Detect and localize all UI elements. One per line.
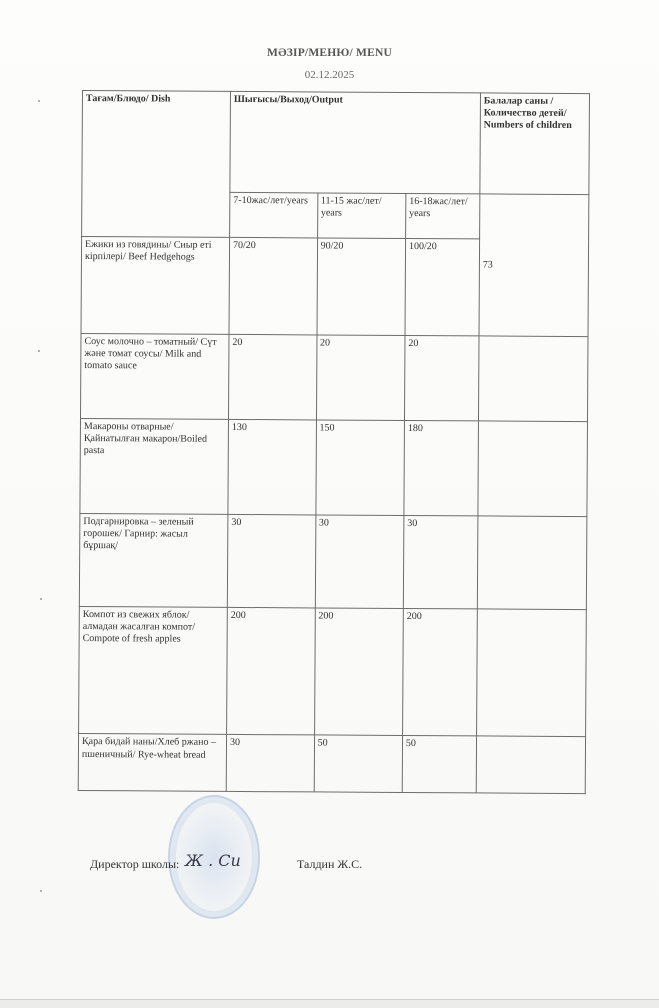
scan-speck [38, 350, 40, 352]
output-16-18: 30 [403, 515, 478, 608]
output-11-15: 30 [315, 515, 404, 609]
table-row: Макароны отварные/ Қайнатылған макарон/B… [80, 418, 588, 516]
output-11-15: 20 [316, 335, 405, 421]
output-16-18: 100/20 [405, 238, 480, 335]
output-7-10: 200 [227, 607, 315, 735]
output-11-15: 200 [314, 608, 403, 736]
output-7-10: 20 [228, 334, 316, 420]
table-row: Компот из свежих яблок/алмадан жасалған … [79, 606, 587, 736]
table-row: Қара бидай наны/Хлеб ржано – пшеничный/ … [78, 733, 585, 793]
document-date: 02.12.2025 [0, 69, 659, 81]
dish-name: Ежики из говядины/ Сиыр еті кірпілері/ B… [81, 237, 230, 335]
table-header-row: Тағам/Блюдо/ Dish Шығысы/Выход/Output Ба… [82, 91, 590, 195]
table-row: Соус молочно – томатный/ Сүт және томат … [80, 333, 588, 421]
dish-name: Компот из свежих яблок/алмадан жасалған … [79, 606, 228, 734]
children-empty [478, 336, 588, 422]
output-16-18: 50 [402, 735, 476, 792]
header-dish: Тағам/Блюдо/ Dish [82, 91, 231, 238]
output-11-15: 150 [315, 420, 404, 516]
header-age-16-18: 16-18жас/лет/ years [406, 193, 480, 238]
dish-name: Қара бидай наны/Хлеб ржано – пшеничный/ … [78, 733, 226, 791]
dish-name: Макароны отварные/ Қайнатылған макарон/B… [80, 418, 229, 514]
document-title: МӘЗІР/МЕНЮ/ MENU [0, 47, 659, 59]
output-7-10: 130 [228, 419, 316, 515]
output-16-18: 180 [404, 420, 479, 515]
menu-table: Тағам/Блюдо/ Dish Шығысы/Выход/Output Ба… [78, 90, 590, 794]
children-empty [477, 516, 587, 610]
signature: Ж . Си [185, 851, 241, 870]
output-11-15: 90/20 [317, 238, 406, 336]
dish-name: Соус молочно – томатный/ Сүт және томат … [80, 333, 229, 419]
output-16-18: 20 [404, 335, 478, 420]
output-11-15: 50 [314, 735, 403, 793]
header-age-11-15: 11-15 жас/лет/ years [317, 193, 406, 239]
children-empty [476, 736, 585, 794]
scan-speck [40, 890, 42, 892]
director-name: Талдин Ж.С. [297, 857, 362, 872]
header-children: Балалар саны /Количество детей/ Numbers … [480, 93, 590, 195]
output-16-18: 200 [402, 608, 477, 735]
output-7-10: 30 [226, 734, 314, 792]
scan-speck [38, 100, 40, 102]
children-empty [478, 421, 588, 517]
header-output: Шығысы/Выход/Output [230, 91, 481, 194]
children-empty [476, 609, 586, 737]
director-label: Директор школы: [90, 857, 179, 872]
table-row: Подгарнировка – зеленый горошек/ Гарнир:… [79, 513, 587, 609]
children-count: 73 [479, 194, 589, 337]
dish-name: Подгарнировка – зеленый горошек/ Гарнир:… [79, 513, 228, 607]
output-7-10: 70/20 [229, 237, 317, 335]
page-edge [0, 999, 659, 1008]
header-age-7-10: 7-10жас/лет/years [230, 192, 318, 238]
scan-speck [40, 598, 42, 600]
output-7-10: 30 [227, 514, 315, 608]
